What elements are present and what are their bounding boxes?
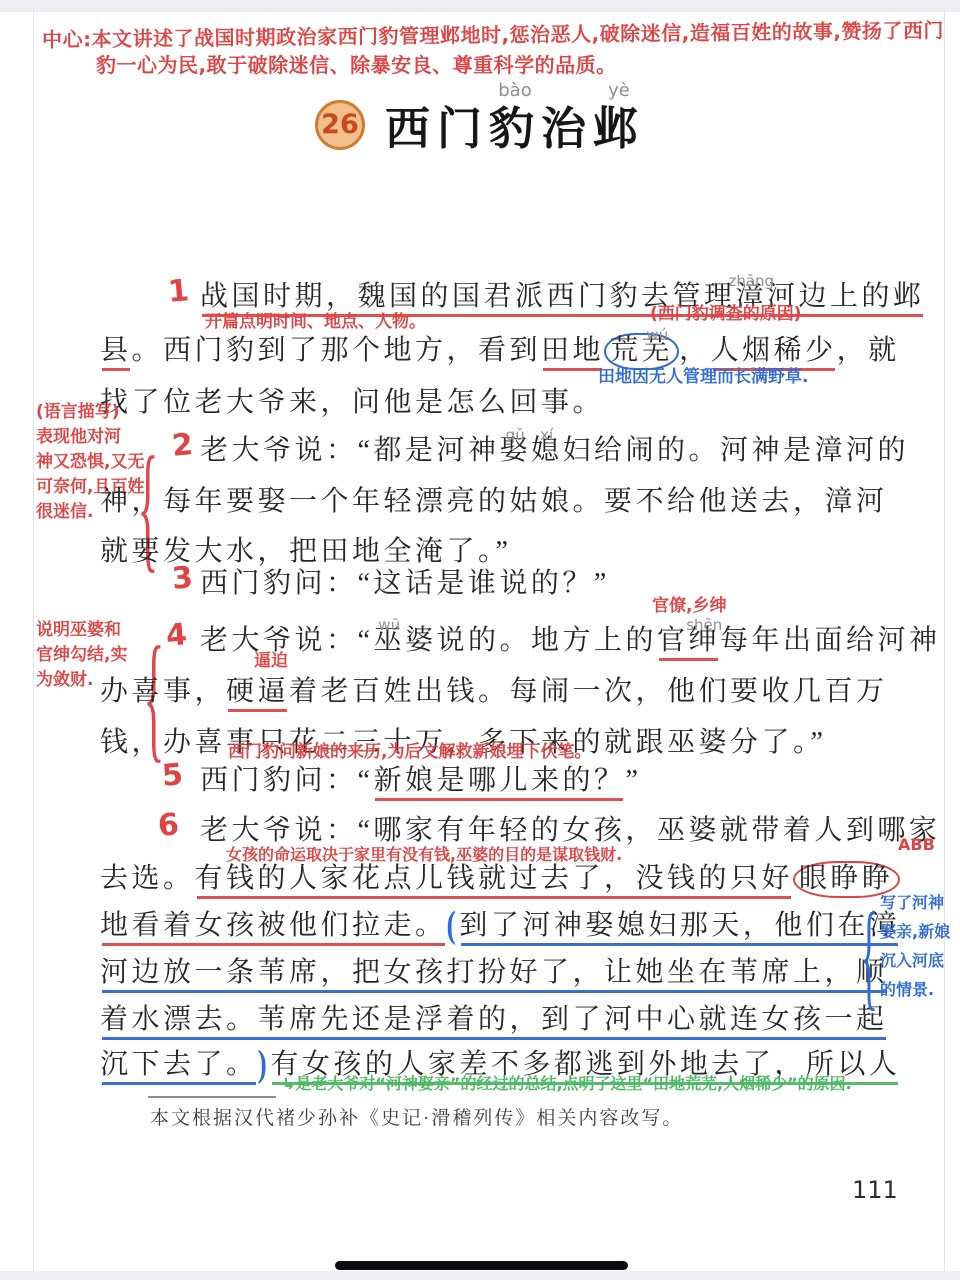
theme-note-line2: 豹一心为民,敢于破除迷信、除暴安良、尊重科学的品质。 (96, 52, 617, 78)
annotation-reason: (西门豹调查的原因) (650, 303, 802, 326)
para4-line1: 老大爷说：“巫wū婆说的。地方上的官绅shēn每年出面给河神 (200, 622, 941, 660)
para1-line2: 县。西门豹到了那个地方，看到田地荒芜wú，人烟稀少，就 (100, 332, 900, 370)
annotation-summary-green: ↳是老大爷对“河神娶亲”的经过的总结,点明了这里“田地荒芜,人烟稀少”的原因. (282, 1072, 852, 1095)
theme-note-line1: 中心:本文讲述了战国时期政治家西门豹管理邺地时,惩治恶人,破除迷信,造福百姓的故… (42, 17, 944, 52)
bottom-strip (0, 1271, 960, 1280)
annotation-abb: ABB (898, 833, 935, 856)
para2-number: 2 (171, 427, 195, 464)
pinyin-bao: bào (498, 80, 531, 101)
lesson-number-badge: 26 (315, 100, 365, 150)
pinyin-zhang: zhāng (728, 262, 774, 300)
pinyin-xi: xí (540, 416, 553, 454)
home-indicator[interactable] (335, 1261, 628, 1270)
page-left-edge (33, 12, 34, 1271)
para1-number: 1 (167, 273, 191, 310)
pinyin-wu2: wú (646, 316, 668, 354)
para1-line3: 找了位老大爷来，问他是怎么回事。 (100, 384, 604, 422)
para6-number: 6 (157, 807, 181, 844)
para2-line1: 老大爷说：“都是河神娶qǔ媳xí妇给闹的。河神是漳河的 (200, 432, 909, 470)
para2-brace: { (134, 424, 162, 491)
annotation-margin-scene: 写了河神 娶亲,新娘 沉入河底 的情景. (880, 888, 950, 1004)
para3-number: 3 (171, 560, 195, 597)
para6-line2: 去选。有钱的人家花点儿钱就过去了，没钱的只好眼睁睁 (100, 860, 900, 898)
para6-line5: 着水漂去。苇席先还是浮着的，到了河中心就连女孩一起 (100, 1001, 888, 1039)
footnote-text: 本文根据汉代褚少孙补《史记·滑稽列传》相关内容改写。 (150, 1103, 683, 1130)
page-number: 111 (852, 1176, 898, 1204)
annotation-weeds-blue: 田地因无人管理而长满野草. (598, 366, 808, 389)
blue-close-paren: ) (258, 1039, 271, 1090)
para2-line2: 神，每年要娶一个年轻漂亮的姑娘。要不给他送去，漳河 (100, 483, 888, 521)
para4-line2: 办喜事，硬逼着老百姓出钱。每闹一次，他们要收几百万 (100, 673, 888, 711)
annotation-opening: 开篇点明时间、地点、人物。 (205, 311, 426, 334)
para4-number: 4 (165, 617, 189, 654)
para3-line1: 西门豹问：“这话是谁说的？” (200, 565, 610, 603)
textbook-photo-page: { "colors": { "red": "#E04343", "blue": … (0, 0, 960, 1280)
annotation-bipo: 逼迫 (254, 650, 288, 673)
pinyin-ye: yè (608, 80, 630, 101)
arrow-icon: ↳ (282, 1074, 295, 1093)
para6-line3: 地看着女孩被他们拉走。(到了河神娶媳妇那天，他们在漳 (100, 907, 900, 945)
lesson-title: 26西门豹bào治邺yè (0, 92, 960, 157)
para4-brace: { (140, 614, 168, 681)
lesson-title-text: 西门豹bào治邺yè (385, 104, 645, 154)
pinyin-wu1: wū (378, 606, 400, 644)
blue-open-paren: ( (447, 900, 460, 951)
para5-number: 5 (161, 757, 185, 794)
pinyin-qu: qǔ (506, 416, 525, 454)
page-right-edge (944, 12, 945, 1271)
pinyin-shen: shēn (686, 606, 722, 644)
annotation-foreshadow: 西门豹问新娘的来历,为后文解救新娘埋下伏笔。 (228, 741, 591, 764)
margin-note-bracket: { (858, 886, 880, 939)
status-bar-strip (0, 0, 960, 12)
para5-line1: 西门豹问：“新娘是哪儿来的？” (200, 762, 641, 800)
footnote-divider (148, 1096, 276, 1098)
para6-line4: 河边放一条苇席，把女孩打扮好了，让她坐在苇席上，顺 (100, 954, 888, 992)
